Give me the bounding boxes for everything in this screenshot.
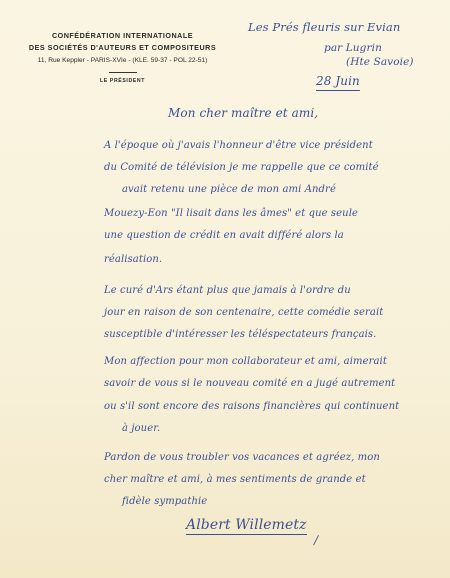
body-line: avait retenu une pièce de mon ami André	[122, 184, 336, 195]
body-line: Le curé d'Ars étant plus que jamais à l'…	[104, 285, 351, 296]
body-line: savoir de vous si le nouveau comité en a…	[104, 378, 395, 389]
letter-page: CONFÉDÉRATION INTERNATIONALE DES SOCIÉTÉ…	[0, 0, 450, 578]
body-line: A l'époque où j'avais l'honneur d'être v…	[104, 140, 373, 151]
letterhead-divider	[109, 72, 137, 73]
letterhead: CONFÉDÉRATION INTERNATIONALE DES SOCIÉTÉ…	[20, 30, 225, 84]
body-line: réalisation.	[104, 254, 162, 265]
location-line-3: (Hte Savoie)	[346, 56, 414, 68]
body-line: Mon affection pour mon collaborateur et …	[104, 356, 387, 367]
signature: Albert Willemetz	[186, 517, 307, 535]
body-line: une question de crédit en avait différé …	[104, 230, 344, 241]
location-line-2: par Lugrin	[324, 42, 382, 54]
letter-date: 28 Juin	[316, 74, 360, 88]
signature-flourish: ∕	[314, 533, 318, 547]
body-line: fidèle sympathie	[122, 496, 207, 507]
letterhead-organization-line2: DES SOCIÉTÉS D'AUTEURS ET COMPOSITEURS	[20, 42, 225, 54]
body-line: cher maître et ami, à mes sentiments de …	[104, 474, 366, 485]
body-line: jour en raison de son centenaire, cette …	[104, 307, 383, 318]
body-line: du Comité de télévision je me rappelle q…	[104, 162, 379, 173]
body-line: Pardon de vous troubler vos vacances et …	[104, 452, 380, 463]
body-line: ou s'il sont encore des raisons financiè…	[104, 401, 399, 412]
location-line-1: Les Prés fleuris sur Evian	[248, 20, 400, 34]
body-line: susceptible d'intéresser les téléspectat…	[104, 329, 376, 340]
salutation: Mon cher maître et ami,	[168, 106, 318, 120]
body-line: Mouezy-Eon "Il lisait dans les âmes" et …	[104, 208, 358, 219]
body-line: à jouer.	[122, 423, 160, 434]
letterhead-title: LE PRÉSIDENT	[20, 78, 225, 84]
letterhead-organization-line1: CONFÉDÉRATION INTERNATIONALE	[20, 30, 225, 42]
letterhead-address: 11, Rue Keppler - PARIS-XVIe - (KLE. 59-…	[20, 55, 225, 66]
